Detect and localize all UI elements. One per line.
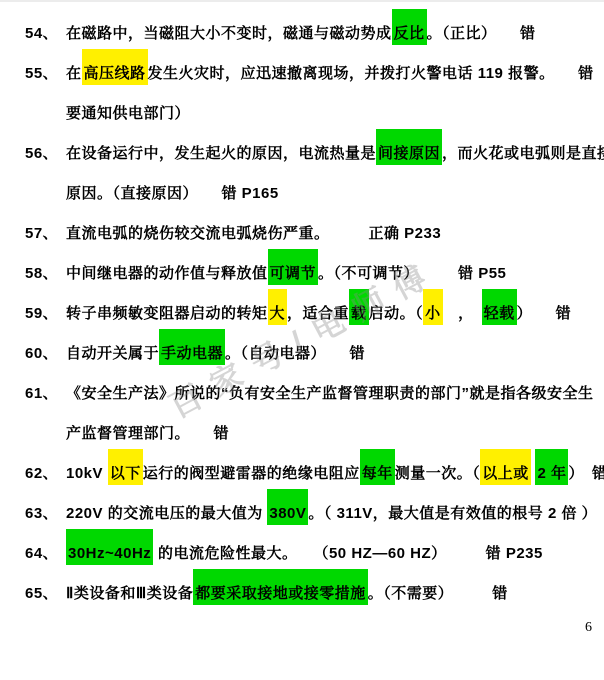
question-text: 启动。（ <box>369 305 424 322</box>
question-text: 原因。（直接原因） 错 P165 <box>66 185 279 202</box>
question-item: 59、转子串频敏变阻器启动的转矩大，适合重载启动。（小 ， 轻载） 错 <box>25 294 596 334</box>
question-text: ，而火花或电弧则是直接 <box>442 145 604 162</box>
highlight-green: 每年 <box>360 449 395 485</box>
highlight-green: 轻载 <box>482 289 517 325</box>
highlight-green: 2 年 <box>535 449 568 485</box>
highlight-green: 可调节 <box>268 249 319 285</box>
questions-list: 54、在磁路中，当磁阻大小不变时，磁通与磁动势成反比。（正比） 错55、在高压线… <box>25 14 596 614</box>
question-text: 。（自动电器） 错 <box>225 345 365 362</box>
question-number: 57、 <box>25 214 58 254</box>
highlight-yellow: 小 <box>423 289 443 325</box>
question-number: 54、 <box>25 14 58 54</box>
highlight-green: 间接原因 <box>376 129 442 165</box>
question-text: 的电流危险性最大。 （50 HZ—60 HZ） 错 P235 <box>153 545 543 562</box>
question-number: 64、 <box>25 534 58 574</box>
question-number: 60、 <box>25 334 58 374</box>
question-item: 55、在高压线路发生火灾时，应迅速撤离现场，并拨打火警电话 119 报警。 错 … <box>25 54 596 134</box>
question-text: 220V 的交流电压的最大值为 <box>66 505 267 522</box>
document-page: 54、在磁路中，当磁阻大小不变时，磁通与磁动势成反比。（正比） 错55、在高压线… <box>0 0 604 680</box>
question-text: 运行的阀型避雷器的绝缘电阻应 <box>143 465 360 482</box>
question-text: Ⅱ类设备和Ⅲ类设备 <box>66 585 193 602</box>
question-number: 65、 <box>25 574 58 614</box>
highlight-green: 都要采取接地或接零措施 <box>193 569 368 605</box>
highlight-green: 380V <box>267 489 308 525</box>
question-item: 61、《安全生产法》所说的“负有安全生产监督管理职责的部门”就是指各级安全生产监… <box>25 374 596 454</box>
question-text: ，适合重 <box>287 305 349 322</box>
question-number: 61、 <box>25 374 58 414</box>
highlight-green: 载 <box>349 289 369 325</box>
question-number: 62、 <box>25 454 58 494</box>
highlight-green: 30Hz~40Hz <box>66 529 153 565</box>
highlight-yellow: 以下 <box>108 449 143 485</box>
question-text: 。（ 311V，最大值是有效值的根号 2 倍 ） 错 <box>308 505 604 522</box>
question-item: 62、10kV 以下运行的阀型避雷器的绝缘电阻应每年测量一次。（以上或 2 年）… <box>25 454 596 494</box>
highlight-green: 手动电器 <box>159 329 225 365</box>
question-item: 56、在设备运行中，发生起火的原因，电流热量是间接原因，而火花或电弧则是直接原因… <box>25 134 596 214</box>
question-text: 。（不需要） 错 <box>368 585 508 602</box>
question-item: 60、自动开关属于手动电器。（自动电器） 错 <box>25 334 596 374</box>
question-number: 56、 <box>25 134 58 174</box>
highlight-yellow: 大 <box>268 289 288 325</box>
question-item: 54、在磁路中，当磁阻大小不变时，磁通与磁动势成反比。（正比） 错 <box>25 14 596 54</box>
question-text: 。（不可调节） 错 P55 <box>318 265 506 282</box>
page-number: 6 <box>585 620 592 636</box>
highlight-green: 反比 <box>392 9 427 45</box>
question-text: ） 错 P157 <box>568 465 604 482</box>
question-item: 63、220V 的交流电压的最大值为 380V。（ 311V，最大值是有效值的根… <box>25 494 596 534</box>
question-text: 直流电弧的烧伤较交流电弧烧伤严重。 正确 P233 <box>66 225 441 242</box>
question-text: 。（正比） 错 <box>427 25 536 42</box>
question-item: 64、30Hz~40Hz 的电流危险性最大。 （50 HZ—60 HZ） 错 P… <box>25 534 596 574</box>
question-text: 中间继电器的动作值与释放值 <box>66 265 268 282</box>
question-text: 要通知供电部门） <box>66 105 190 122</box>
highlight-yellow: 高压线路 <box>82 49 148 85</box>
question-text: 在磁路中，当磁阻大小不变时，磁通与磁动势成 <box>66 25 392 42</box>
question-item: 65、Ⅱ类设备和Ⅲ类设备都要采取接地或接零措施。（不需要） 错 <box>25 574 596 614</box>
question-text: ， <box>443 305 482 322</box>
question-text: 转子串频敏变阻器启动的转矩 <box>66 305 268 322</box>
question-text: 在 <box>66 65 82 82</box>
highlight-yellow: 以上或 <box>480 449 531 485</box>
question-text: 产监督管理部门。 错 <box>66 425 229 442</box>
question-text: 发生火灾时，应迅速撤离现场，并拨打火警电话 119 报警。 错 （还 <box>148 65 604 82</box>
question-number: 58、 <box>25 254 58 294</box>
question-text: 《安全生产法》所说的“负有安全生产监督管理职责的部门”就是指各级安全生 <box>66 385 594 402</box>
question-text: 测量一次。（ <box>395 465 481 482</box>
question-text: 自动开关属于 <box>66 345 159 362</box>
question-text: ） 错 <box>517 305 572 322</box>
question-item: 57、直流电弧的烧伤较交流电弧烧伤严重。 正确 P233 <box>25 214 596 254</box>
question-number: 55、 <box>25 54 58 94</box>
question-text: 在设备运行中，发生起火的原因，电流热量是 <box>66 145 376 162</box>
question-text: 10kV <box>66 465 108 482</box>
question-number: 59、 <box>25 294 58 334</box>
question-item: 58、中间继电器的动作值与释放值可调节。（不可调节） 错 P55 <box>25 254 596 294</box>
question-number: 63、 <box>25 494 58 534</box>
